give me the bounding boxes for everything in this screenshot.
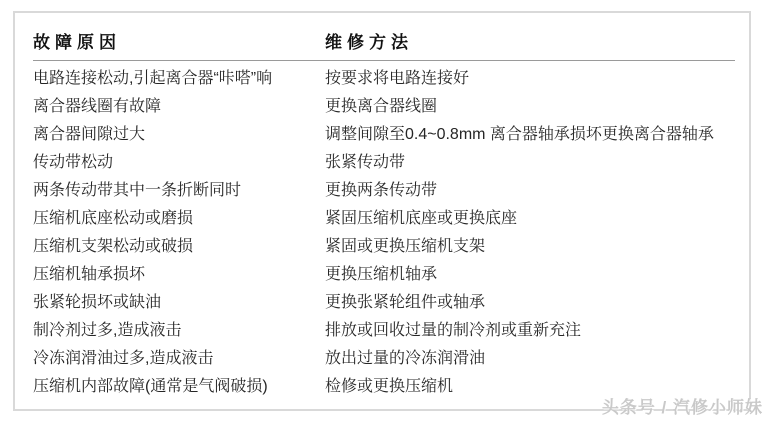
fault-repair-table-panel: 故障原因 维修方法 电路连接松动,引起离合器“咔嗒”响 按要求将电路连接好 离合… — [13, 11, 751, 411]
table-row: 压缩机轴承损坏 更换压缩机轴承 — [33, 258, 735, 286]
cause-cell: 离合器间隙过大 — [33, 121, 325, 144]
page: 故障原因 维修方法 电路连接松动,引起离合器“咔嗒”响 按要求将电路连接好 离合… — [0, 0, 765, 426]
watermark: 头条号 / 汽修小师妹 — [602, 393, 763, 418]
method-cell: 更换张紧轮组件或轴承 — [325, 289, 735, 312]
cause-cell: 张紧轮损坏或缺油 — [33, 289, 325, 312]
cause-cell: 制冷剂过多,造成液击 — [33, 317, 325, 340]
method-cell: 张紧传动带 — [325, 149, 735, 172]
cause-cell: 压缩机支架松动或破损 — [33, 233, 325, 256]
cause-cell: 压缩机轴承损坏 — [33, 261, 325, 284]
method-cell: 排放或回收过量的制冷剂或重新充注 — [325, 317, 735, 340]
table-row: 张紧轮损坏或缺油 更换张紧轮组件或轴承 — [33, 286, 735, 314]
method-cell: 紧固压缩机底座或更换底座 — [325, 205, 735, 228]
table-row: 冷冻润滑油过多,造成液击 放出过量的冷冻润滑油 — [33, 342, 735, 370]
table-row: 压缩机底座松动或磨损 紧固压缩机底座或更换底座 — [33, 202, 735, 230]
method-cell: 按要求将电路连接好 — [325, 65, 735, 88]
cause-cell: 压缩机内部故障(通常是气阀破损) — [33, 373, 325, 396]
table-row: 传动带松动 张紧传动带 — [33, 146, 735, 174]
table-row: 制冷剂过多,造成液击 排放或回收过量的制冷剂或重新充注 — [33, 314, 735, 342]
method-cell: 更换压缩机轴承 — [325, 261, 735, 284]
panel-content: 故障原因 维修方法 电路连接松动,引起离合器“咔嗒”响 按要求将电路连接好 离合… — [15, 13, 749, 409]
table-row: 两条传动带其中一条折断同时 更换两条传动带 — [33, 174, 735, 202]
table-row: 离合器间隙过大 调整间隙至0.4~0.8mm 离合器轴承损坏更换离合器轴承 — [33, 118, 735, 146]
method-cell: 调整间隙至0.4~0.8mm 离合器轴承损坏更换离合器轴承 — [325, 121, 735, 144]
method-cell: 更换离合器线圈 — [325, 93, 735, 116]
table-row: 压缩机支架松动或破损 紧固或更换压缩机支架 — [33, 230, 735, 258]
table-body: 电路连接松动,引起离合器“咔嗒”响 按要求将电路连接好 离合器线圈有故障 更换离… — [33, 62, 735, 398]
table-row: 离合器线圈有故障 更换离合器线圈 — [33, 90, 735, 118]
table-header-row: 故障原因 维修方法 — [33, 34, 735, 51]
header-fault-cause: 故障原因 — [33, 34, 325, 51]
cause-cell: 两条传动带其中一条折断同时 — [33, 177, 325, 200]
header-repair-method: 维修方法 — [325, 34, 735, 51]
method-cell: 更换两条传动带 — [325, 177, 735, 200]
cause-cell: 冷冻润滑油过多,造成液击 — [33, 345, 325, 368]
cause-cell: 离合器线圈有故障 — [33, 93, 325, 116]
method-cell: 放出过量的冷冻润滑油 — [325, 345, 735, 368]
cause-cell: 电路连接松动,引起离合器“咔嗒”响 — [33, 65, 325, 88]
table-row: 电路连接松动,引起离合器“咔嗒”响 按要求将电路连接好 — [33, 62, 735, 90]
cause-cell: 压缩机底座松动或磨损 — [33, 205, 325, 228]
header-underline — [33, 60, 735, 61]
method-cell: 紧固或更换压缩机支架 — [325, 233, 735, 256]
cause-cell: 传动带松动 — [33, 149, 325, 172]
